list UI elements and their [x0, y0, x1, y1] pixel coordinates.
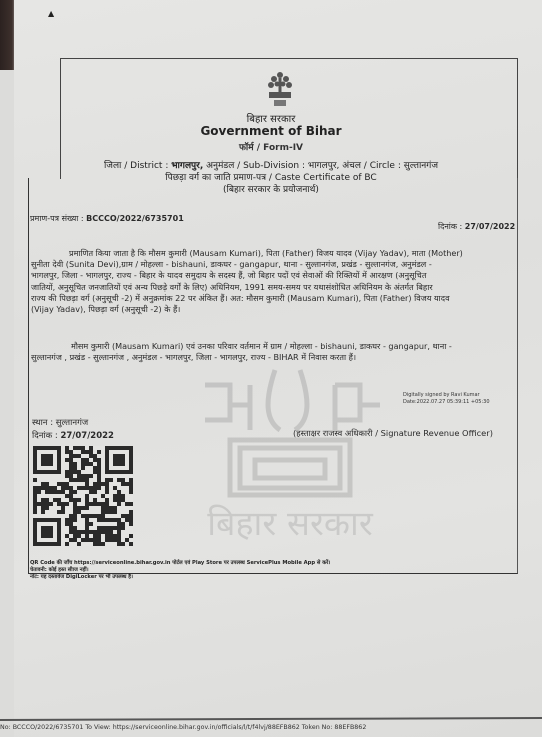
svg-text:बिहार सरकार: बिहार सरकार [207, 504, 374, 544]
certification-paragraph: प्रमाणित किया जाता है कि मौसम कुमारी (Ma… [31, 248, 517, 315]
date-bottom-label: दिनांक : [32, 431, 58, 441]
digital-signature-date: Date:2022.07.27 05:39:11 +05:30 [403, 399, 490, 406]
paragraph-line: (Vijay Yadav), पिछड़ा वर्ग (अनुसूची -2) … [31, 304, 517, 315]
form-number: फॉर्म / Form-IV [0, 140, 542, 153]
paragraph-line: सुनीता देवी (Sunita Devi),ग्राम / मोहल्ल… [31, 259, 517, 270]
footer-note-digilocker: नोट: यह दस्तावेज DigiLocker पर भी उपलब्ध… [30, 572, 133, 580]
date-top-value: 27/07/2022 [465, 222, 515, 231]
certificate-purpose: (बिहार सरकार के प्रयोजनार्थ) [0, 182, 542, 195]
certificate-number: प्रमाण-पत्र संख्या : BCCCO/2022/6735701 [30, 213, 184, 224]
paragraph-line: प्रमाणित किया जाता है कि मौसम कुमारी (Ma… [31, 248, 517, 259]
bottom-verification-strip: No: BCCCO/2022/6735701 To View: https://… [0, 724, 366, 731]
date-top-label: दिनांक : [438, 222, 462, 231]
paragraph-line: राज्य की पिछड़ा वर्ग (अनुसूची -2) में अन… [31, 293, 517, 304]
signature-label: (हस्ताक्षर राजस्व अधिकारी / Signature Re… [293, 428, 493, 439]
date-top: दिनांक : 27/07/2022 [438, 221, 515, 232]
paragraph-line: जातियों, अनुसूचित जनजातियों एवं अन्य पिछ… [31, 282, 517, 293]
certificate-number-label: प्रमाण-पत्र संख्या : [30, 214, 84, 223]
bottom-strip-prefix: No: [0, 724, 11, 731]
digital-signature-note: Digitally signed by Ravi Kumar Date:2022… [403, 392, 490, 406]
date-bottom: दिनांक : 27/07/2022 [32, 430, 114, 441]
paragraph-line: मौसम कुमारी (Mausam Kumari) एवं उनका परि… [31, 341, 517, 352]
header-hindi-title: बिहार सरकार [0, 111, 542, 125]
date-bottom-value: 27/07/2022 [60, 431, 114, 441]
qr-code-icon[interactable] [33, 446, 133, 546]
paragraph-line: सुल्तानगंज , प्रखंड - सुल्तानगंज , अनुमं… [31, 352, 517, 363]
bihar-emblem-icon [266, 70, 294, 108]
header-english-title: Government of Bihar [0, 124, 542, 138]
bottom-strip-text: BCCCO/2022/6735701 To View: https://serv… [13, 724, 367, 731]
paragraph-line: भागलपुर, जिला - भागलपुर, राज्य - बिहार क… [31, 270, 517, 281]
place-label: स्थान : [32, 418, 53, 428]
place: स्थान : सुल्तानगंज [32, 417, 88, 428]
place-value: सुल्तानगंज [56, 418, 88, 428]
certificate-number-value: BCCCO/2022/6735701 [86, 214, 184, 223]
corner-mark-icon: ▲ [48, 9, 54, 18]
digital-signature-signer: Digitally signed by Ravi Kumar [403, 392, 490, 399]
watermark-emblem-icon: बिहार सरकार [195, 365, 385, 555]
residence-paragraph: मौसम कुमारी (Mausam Kumari) एवं उनका परि… [31, 341, 517, 363]
